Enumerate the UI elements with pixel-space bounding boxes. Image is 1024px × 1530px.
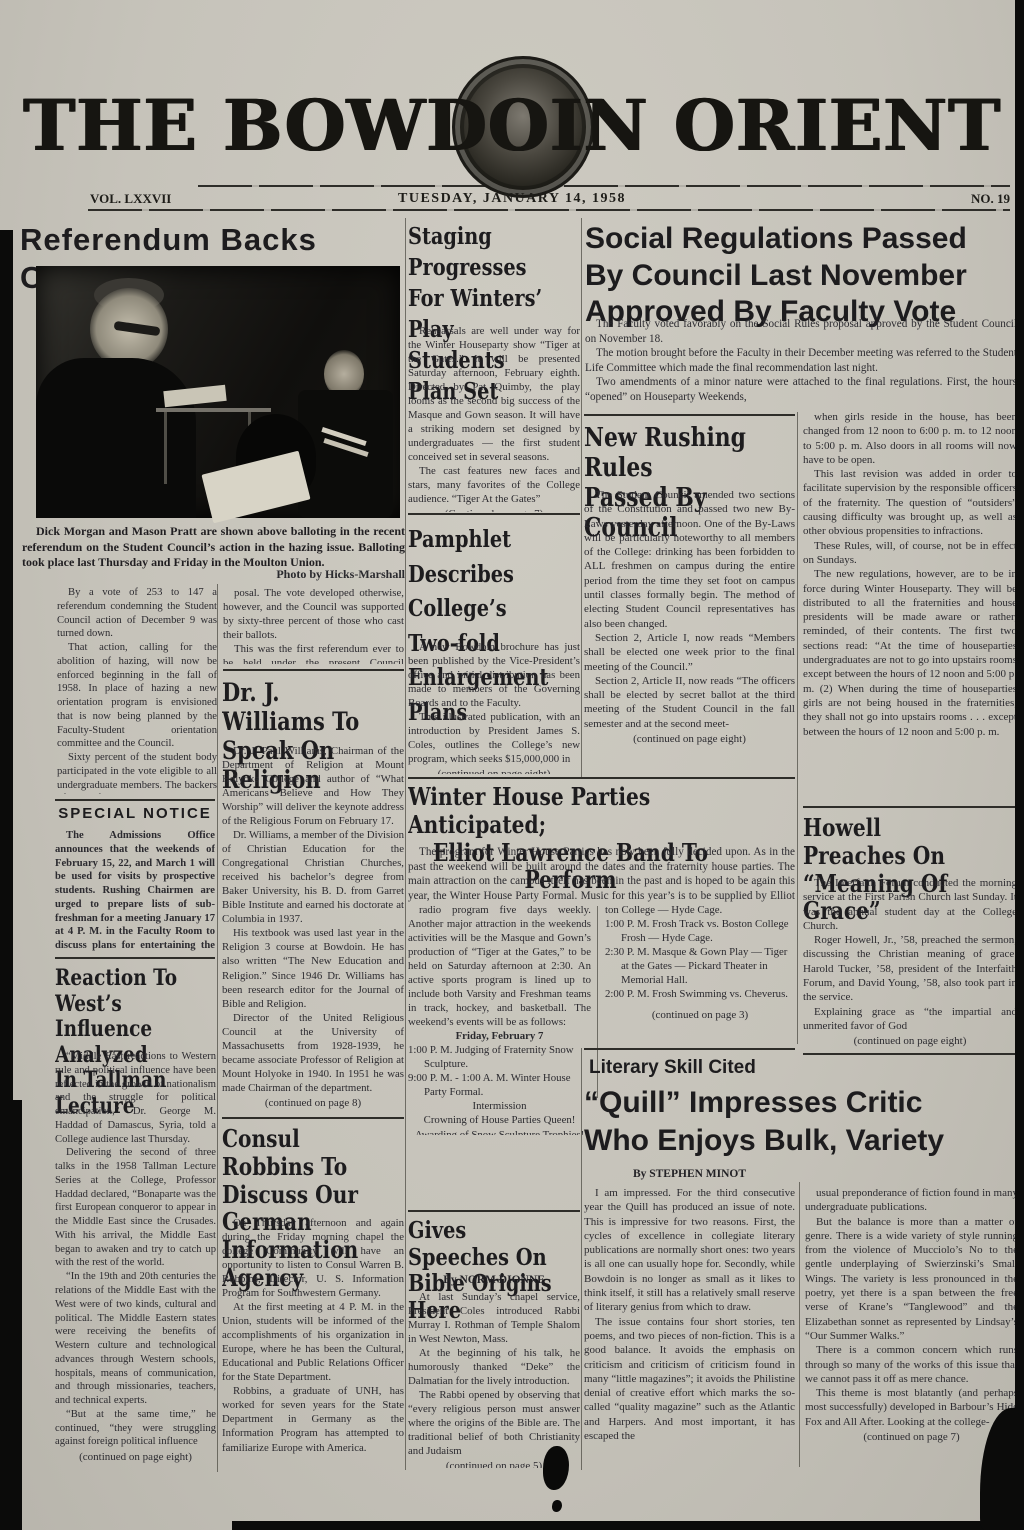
masthead-rule-bottom <box>88 209 1010 211</box>
schedule-day: Friday, February 7 <box>408 1029 591 1043</box>
paragraph: 9:00 P. M. - 1:00 A. M. Winter House Par… <box>408 1071 591 1099</box>
ink-blot <box>552 1500 562 1512</box>
continuation-note: (continued on page eight) <box>55 1451 216 1463</box>
continuation-note: (Continued on page 7) <box>408 508 580 512</box>
paragraph: Social Regulations Passed <box>585 221 1019 258</box>
article-referendum-col2: posal. The vote developed otherwise, how… <box>223 586 404 664</box>
paragraph: “Middle East reactions to Western rule a… <box>55 1050 216 1146</box>
byline-quill: By STEPHEN MINOT <box>584 1168 795 1180</box>
headline-special-notice: SPECIAL NOTICE <box>55 805 215 822</box>
paragraph: 2:30 P. M. Masque & Gown Play — Tiger at… <box>605 945 795 987</box>
photo-credit: Photo by Hicks-Marshall <box>22 567 405 582</box>
paragraph: 1:00 P. M. Judging of Fraternity Snow Sc… <box>408 1043 591 1071</box>
paragraph: The cast features new faces and stars, m… <box>408 464 580 506</box>
paragraph: This theme is most blatantly (and perhap… <box>805 1386 1018 1429</box>
column-rule <box>799 1182 800 1467</box>
paragraph: Section 2, Article II, now reads “The of… <box>584 674 795 731</box>
article-social-cont: when girls reside in the house, has been… <box>803 410 1017 802</box>
paragraph: A new Bowdoin brochure has just been pub… <box>408 640 580 710</box>
paragraph: posal. The vote developed otherwise, how… <box>223 586 404 642</box>
column-rule <box>581 218 582 778</box>
paragraph: Awarding of Snow Sculpture Trophies! <box>408 1128 591 1136</box>
paragraph: The Interfaith Forum conducted the morni… <box>803 876 1017 933</box>
paragraph: Howell Preaches On <box>803 814 984 870</box>
paragraph: Director of the United Religious Council… <box>222 1011 404 1095</box>
paragraph: This illustrated publication, with an in… <box>408 710 580 766</box>
paragraph: “Quill” Impresses Critic <box>584 1084 1020 1122</box>
paragraph: Who Enjoys Bulk, Variety <box>584 1122 1020 1160</box>
column-rule <box>797 412 798 1044</box>
paragraph: Explaining grace as “the impartial and u… <box>803 1005 1017 1034</box>
caption-text: Dick Morgan and Mason Pratt are shown ab… <box>22 524 405 571</box>
article-quill-colB: usual preponderance of fiction found in … <box>805 1186 1018 1478</box>
article-rushing: The Student Council amended two sections… <box>584 488 795 764</box>
paragraph: when girls reside in the house, has been… <box>803 410 1017 467</box>
headline-winter-line1: Winter House Parties Anticipated; <box>408 783 733 839</box>
paragraph: Two amendments of a minor nature were at… <box>585 375 1017 404</box>
article-quill-colA: I am impressed. For the third consecutiv… <box>584 1186 795 1486</box>
winter-colA-text: radio program five days weekly. Another … <box>408 903 591 1029</box>
schedule-events-friday: 1:00 P. M. Judging of Fraternity Snow Sc… <box>408 1043 591 1099</box>
paragraph: Dr. Williams, a member of the Division o… <box>222 828 404 926</box>
article-howell: The Interfaith Forum conducted the morni… <box>803 876 1017 1048</box>
section-rule <box>222 1117 404 1119</box>
paragraph: These Rules, will, of course, not be in … <box>803 539 1017 568</box>
article-pamphlet: A new Bowdoin brochure has just been pub… <box>408 640 580 774</box>
section-rule <box>803 806 1017 808</box>
paragraph: At the beginning of his talk, he humorou… <box>408 1346 580 1388</box>
paragraph: But the balance is more than a matter of… <box>805 1215 1018 1344</box>
paragraph: Delivering the second of three talks in … <box>55 1146 216 1270</box>
byline-bible: By NORM DIONNE <box>408 1274 580 1286</box>
continuation-note: (continued on page eight) <box>803 1035 1017 1047</box>
section-rule <box>408 1210 580 1212</box>
schedule-center-lines: IntermissionCrowning of House Parties Qu… <box>408 1099 591 1135</box>
article-williams-body: Dr. J. Paul Williams, Chairman of the De… <box>222 744 404 1095</box>
paragraph: Intermission <box>408 1099 591 1113</box>
paragraph: Robbins, a graduate of UNH, has worked f… <box>222 1384 404 1454</box>
section-rule <box>803 1053 1017 1055</box>
column-rule <box>217 584 218 1472</box>
paragraph: usual preponderance of fiction found in … <box>805 1186 1018 1215</box>
kicker-literary-skill: Literary Skill Cited <box>589 1057 809 1079</box>
paragraph: New Rushing Rules <box>584 423 762 483</box>
section-rule <box>584 1048 795 1050</box>
section-rule <box>408 513 580 515</box>
paragraph: This was the first referendum ever to be… <box>223 642 404 664</box>
paragraph: Crowning of House Parties Queen! <box>408 1113 591 1127</box>
article-quill-colB-body: usual preponderance of fiction found in … <box>805 1186 1018 1429</box>
photo-paper <box>201 451 310 524</box>
article-williams: Dr. J. Paul Williams, Chairman of the De… <box>222 744 404 1114</box>
paragraph: This last revision was added in order to… <box>803 467 1017 538</box>
newspaper-front-page: THE BOWDOIN ORIENT VOL. LXXVII TUESDAY, … <box>0 0 1024 1530</box>
continuation-note: (continued on page eight) <box>584 733 795 745</box>
paragraph: radio program five days weekly. Another … <box>408 903 591 1029</box>
paragraph: ton College — Hyde Cage. <box>605 903 795 917</box>
schedule-events-colB: ton College — Hyde Cage.1:00 P. M. Frosh… <box>605 903 795 1001</box>
paragraph: That action, calling for the abolition o… <box>57 641 217 751</box>
paragraph: 2:00 P. M. Frosh Swimming vs. Cheverus. <box>605 987 795 1001</box>
article-social-intro: The Faculty voted favorably on the Socia… <box>585 317 1017 413</box>
paragraph: On Thursday afternoon and again during t… <box>222 1216 404 1300</box>
section-rule <box>55 957 215 959</box>
paragraph: Rehearsals are well under way for the Wi… <box>408 324 580 464</box>
article-staging: Rehearsals are well under way for the Wi… <box>408 324 580 512</box>
paragraph: By Council Last November <box>585 258 1019 295</box>
dateline: TUESDAY, JANUARY 14, 1958 <box>0 191 1024 207</box>
paragraph: There is a common concern which runs thr… <box>805 1343 1018 1386</box>
article-staging-body: Rehearsals are well under way for the Wi… <box>408 324 580 506</box>
continuation-note: (continued on page 8) <box>222 1097 404 1109</box>
paragraph: I am impressed. For the third consecutiv… <box>584 1186 795 1315</box>
section-rule <box>584 414 795 416</box>
photo-figure-body <box>36 358 196 518</box>
article-bible-body: At last Sunday’s chapel service, Preside… <box>408 1290 580 1458</box>
column-rule <box>405 218 406 1470</box>
article-winter-intro: The program for Winter House Parties has… <box>408 845 795 903</box>
paragraph: Sixty percent of the student body partic… <box>57 751 217 794</box>
article-special-notice: The Admissions Office announces that the… <box>55 829 215 953</box>
paragraph: Consul Robbins To <box>222 1125 375 1181</box>
photo-table-leg <box>164 412 167 484</box>
article-winter-colA: radio program five days weekly. Another … <box>408 903 591 1135</box>
paragraph: The Student Council amended two sections… <box>584 488 795 631</box>
paragraph: Dr. J. Paul Williams, Chairman of the De… <box>222 744 404 828</box>
paragraph: Staging Progresses <box>408 221 554 283</box>
paragraph: Pamphlet Describes <box>408 523 554 592</box>
continuation-note: (continued on page 3) <box>605 1009 795 1021</box>
paragraph: The new regulations, however, are to be … <box>803 567 1017 739</box>
paragraph: At the first meeting at 4 P. M. in the U… <box>222 1300 404 1384</box>
paragraph: Roger Howell, Jr., ’58, preached the ser… <box>803 933 1017 1004</box>
article-howell-body: The Interfaith Forum conducted the morni… <box>803 876 1017 1033</box>
article-pamphlet-body: A new Bowdoin brochure has just been pub… <box>408 640 580 766</box>
ballot-photo <box>36 266 400 518</box>
continuation-note: (continued on page eight) <box>408 768 580 774</box>
paragraph: The issue contains four short stories, t… <box>584 1315 795 1444</box>
article-referendum-col1: By a vote of 253 to 147 a referendum con… <box>57 586 217 794</box>
paragraph: By a vote of 253 to 147 a referendum con… <box>57 586 217 641</box>
photo-table-edge <box>156 408 271 412</box>
section-rule <box>223 669 404 671</box>
scan-edge-bottom <box>232 1521 1024 1530</box>
section-rule <box>55 799 215 801</box>
issue-number: NO. 19 <box>930 191 1010 207</box>
headline-social: Social Regulations PassedBy Council Last… <box>585 221 1019 331</box>
paragraph: At last Sunday’s chapel service, Preside… <box>408 1290 580 1346</box>
ink-blot <box>543 1446 569 1490</box>
paragraph: “But at the same time,” he continued, “t… <box>55 1408 216 1449</box>
paragraph: The program for Winter House Parties has… <box>408 845 795 903</box>
scan-edge-left-lower <box>0 1100 22 1530</box>
article-tallman: “Middle East reactions to Western rule a… <box>55 1050 216 1470</box>
article-robbins: On Thursday afternoon and again during t… <box>222 1216 404 1464</box>
article-rushing-body: The Student Council amended two sections… <box>584 488 795 731</box>
section-rule <box>408 777 795 779</box>
scan-edge-right <box>1015 0 1024 1530</box>
paragraph: The motion brought before the Faculty in… <box>585 346 1017 375</box>
paragraph: The Faculty voted favorably on the Socia… <box>585 317 1017 346</box>
paragraph: His textbook was used last year in the R… <box>222 926 404 1010</box>
article-bible: At last Sunday’s chapel service, Preside… <box>408 1290 580 1468</box>
paragraph: Section 2, Article I, now reads “Members… <box>584 631 795 674</box>
paragraph: The Admissions Office announces that the… <box>55 829 215 953</box>
newspaper-title: THE BOWDOIN ORIENT <box>0 84 1024 167</box>
masthead-rule-top <box>198 185 1010 187</box>
paragraph: Dr. J. Williams To <box>222 678 375 736</box>
paragraph: Reaction To West’s <box>55 966 193 1017</box>
article-tallman-body: “Middle East reactions to Western rule a… <box>55 1050 216 1449</box>
paragraph: “In the 19th and 20th centuries the rela… <box>55 1270 216 1408</box>
headline-quill: “Quill” Impresses CriticWho Enjoys Bulk,… <box>584 1084 1020 1161</box>
paragraph: 1:00 P. M. Frosh Track vs. Boston Colleg… <box>605 917 795 945</box>
paragraph: Gives Speeches On <box>408 1218 554 1271</box>
